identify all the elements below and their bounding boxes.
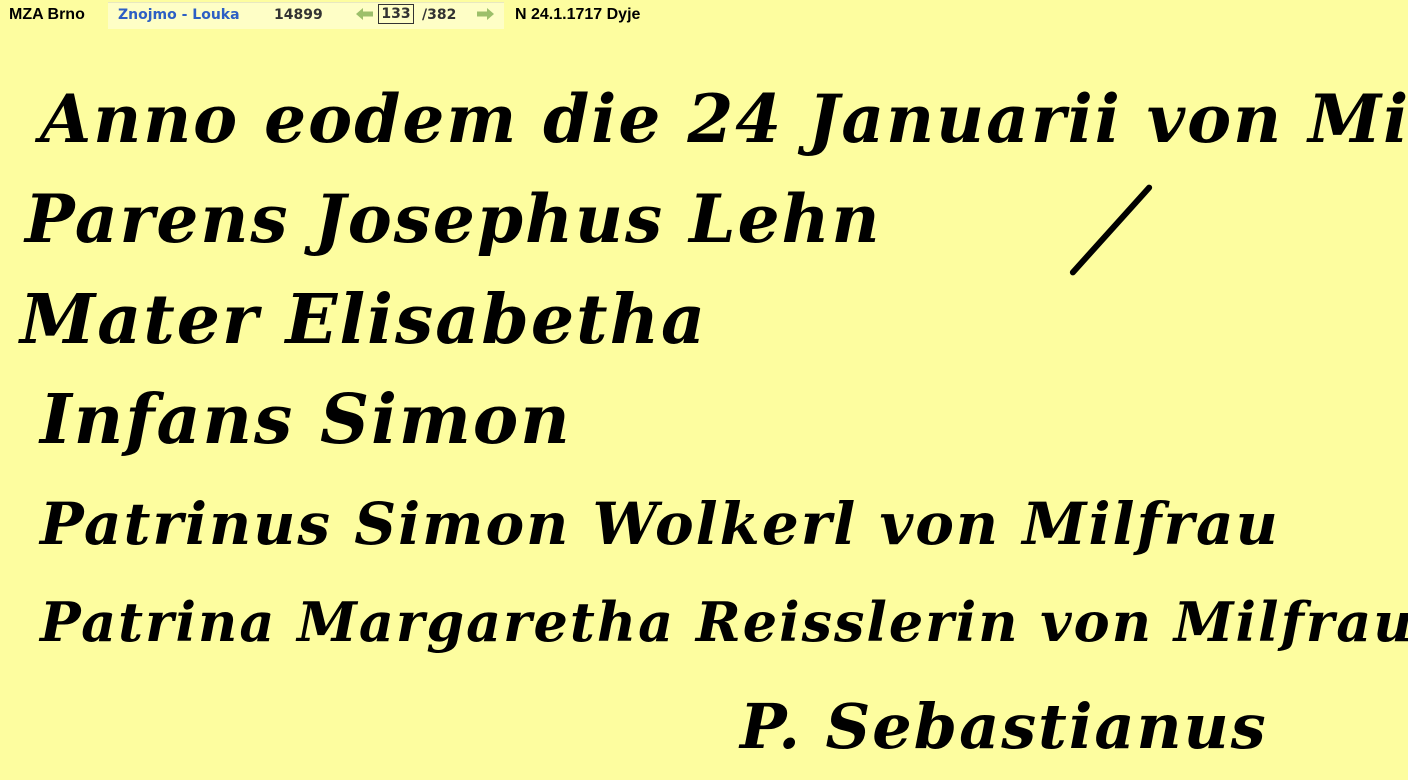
page-number-input[interactable] bbox=[378, 4, 414, 24]
parish-link[interactable]: Znojmo - Louka bbox=[118, 7, 240, 23]
handwritten-line: Parens Josephus Lehn bbox=[25, 180, 882, 258]
handwritten-line: Patrinus Simon Wolkerl von Milfrau bbox=[40, 490, 1280, 558]
record-info: N 24.1.1717 Dyje bbox=[515, 6, 640, 24]
handwritten-line: Anno eodem die 24 Januarii von Milfrau bbox=[40, 80, 1408, 158]
arrow-left-icon[interactable] bbox=[356, 8, 374, 20]
handwritten-line: Mater Elisabetha bbox=[20, 280, 707, 360]
handwritten-line: P. Sebastianus bbox=[740, 690, 1268, 763]
book-number: 14899 bbox=[274, 7, 323, 23]
viewer-header: MZA Brno Znojmo - Louka 14899 /382 N 24.… bbox=[0, 0, 1408, 30]
arrow-right-icon[interactable] bbox=[476, 8, 494, 20]
handwritten-line: Patrina Margaretha Reisslerin von Milfra… bbox=[40, 590, 1408, 654]
handwritten-line: Infans Simon bbox=[40, 380, 572, 460]
register-scan-image[interactable]: Anno eodem die 24 Januarii von Milfrau P… bbox=[0, 30, 1408, 780]
pen-stroke bbox=[1069, 183, 1154, 276]
page-total: /382 bbox=[422, 7, 456, 23]
archive-name: MZA Brno bbox=[9, 6, 85, 24]
